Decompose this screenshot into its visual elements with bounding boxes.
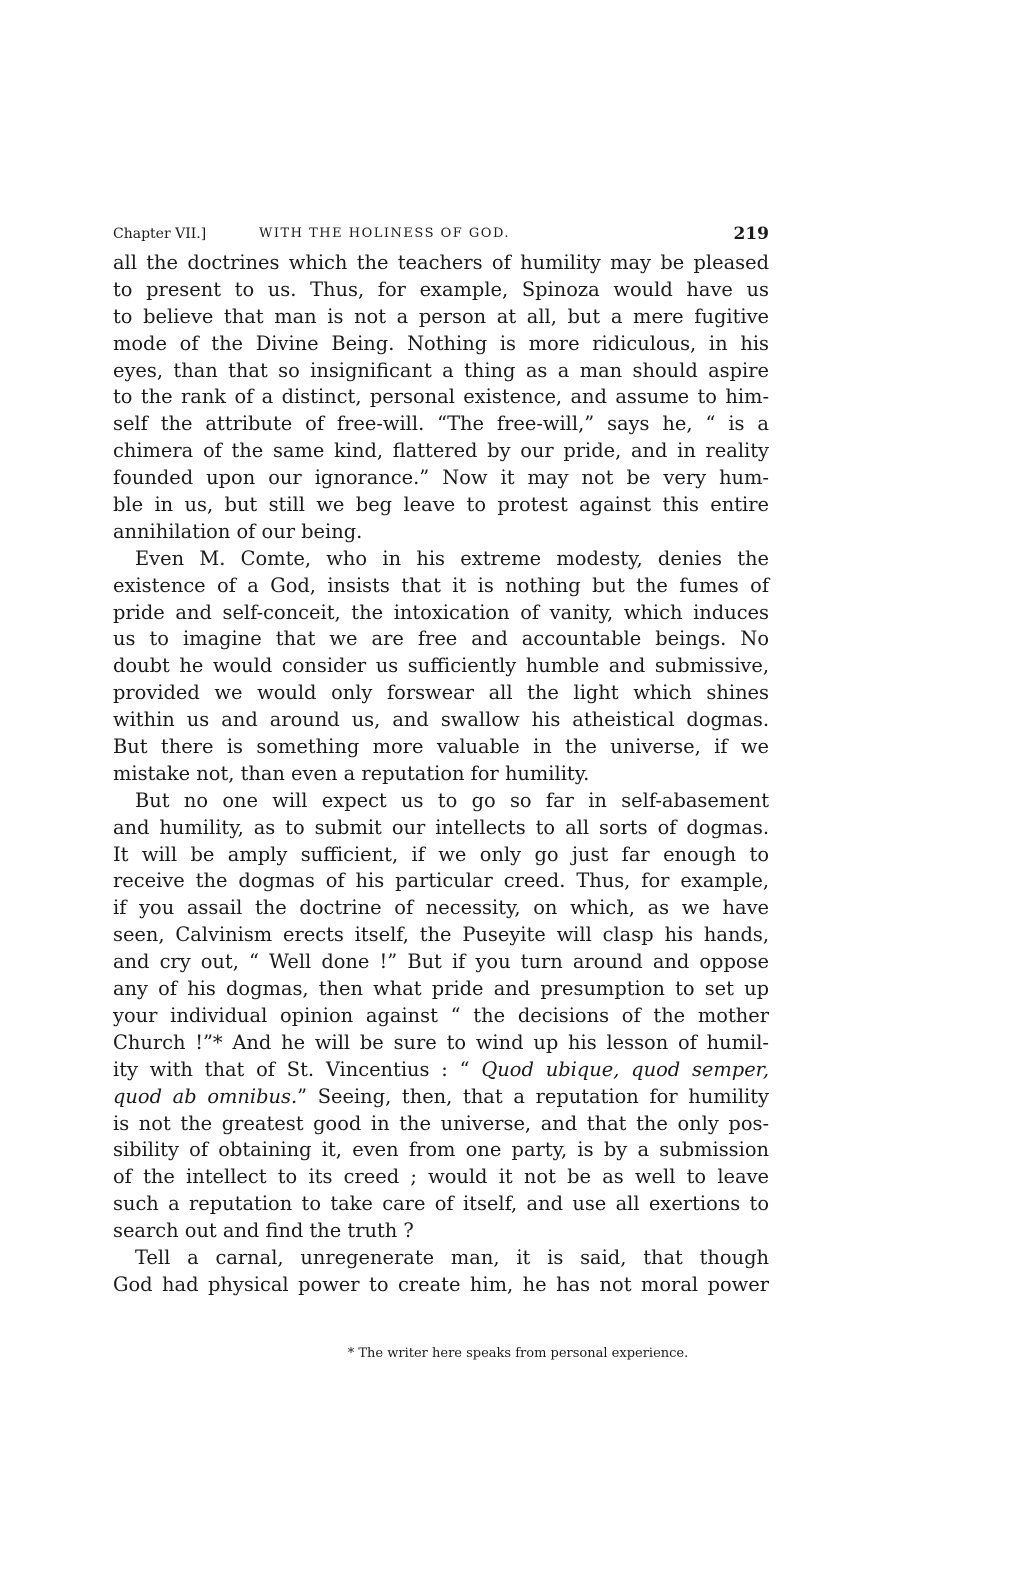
text-line: mistake not, than even a reputation for … (113, 761, 769, 788)
text-line: to present to us. Thus, for example, Spi… (113, 277, 769, 304)
text-line: if you assail the doctrine of necessity,… (113, 895, 769, 922)
text-line-latin: quod ab omnibus.” Seeing, then, that a r… (113, 1084, 769, 1111)
text-line: and humility, as to submit our intellect… (113, 815, 769, 842)
text-line: search out and find the truth ? (113, 1218, 769, 1245)
text-line: But there is something more valuable in … (113, 734, 769, 761)
text-line: Church !”* And he will be sure to wind u… (113, 1030, 769, 1057)
text-line: to believe that man is not a person at a… (113, 304, 769, 331)
page-number: 219 (734, 224, 770, 244)
text-line: doubt he would consider us sufficiently … (113, 653, 769, 680)
text-line: Even M. Comte, who in his extreme modest… (113, 546, 769, 573)
text-line: is not the greatest good in the universe… (113, 1111, 769, 1138)
text-line: your individual opinion against “ the de… (113, 1003, 769, 1030)
text-line-latin: ity with that of St. Vincentius : “ Quod… (113, 1057, 769, 1084)
text-line: pride and self-conceit, the intoxication… (113, 600, 769, 627)
text-line: God had physical power to create him, he… (113, 1272, 769, 1299)
text-line: any of his dogmas, then what pride and p… (113, 976, 769, 1003)
text-line: within us and around us, and swallow his… (113, 707, 769, 734)
text-line: founded upon our ignorance.” Now it may … (113, 465, 769, 492)
text-line: us to imagine that we are free and accou… (113, 626, 769, 653)
text-line: Tell a carnal, unregenerate man, it is s… (113, 1245, 769, 1272)
running-title: WITH THE HOLINESS OF GOD. (259, 226, 510, 241)
text-line: seen, Calvinism erects itself, the Pusey… (113, 922, 769, 949)
text-line: to the rank of a distinct, personal exis… (113, 384, 769, 411)
chapter-label: Chapter VII.] (113, 226, 206, 242)
text-line: self the attribute of free-will. “The fr… (113, 411, 769, 438)
text-line: mode of the Divine Being. Nothing is mor… (113, 331, 769, 358)
text-line: receive the dogmas of his particular cre… (113, 868, 769, 895)
text-line: annihilation of our being. (113, 519, 769, 546)
text-line: ble in us, but still we beg leave to pro… (113, 492, 769, 519)
running-header: Chapter VII.] WITH THE HOLINESS OF GOD. … (113, 226, 769, 250)
text-line: of the intellect to its creed ; would it… (113, 1164, 769, 1191)
text-line: sibility of obtaining it, even from one … (113, 1137, 769, 1164)
latin-quote: quod ab omnibus. (113, 1085, 297, 1108)
latin-quote: Quod ubique, quod semper, (481, 1058, 769, 1081)
text-line: provided we would only forswear all the … (113, 680, 769, 707)
text-line: and cry out, “ Well done !” But if you t… (113, 949, 769, 976)
text-line: But no one will expect us to go so far i… (113, 788, 769, 815)
text-line: It will be amply sufficient, if we only … (113, 842, 769, 869)
text-line: chimera of the same kind, flattered by o… (113, 438, 769, 465)
footnote: * The writer here speaks from personal e… (0, 1346, 1011, 1361)
text-line: all the doctrines which the teachers of … (113, 250, 769, 277)
text-line: such a reputation to take care of itself… (113, 1191, 769, 1218)
text-line: existence of a God, insists that it is n… (113, 573, 769, 600)
body-text: all the doctrines which the teachers of … (113, 250, 769, 1299)
text-line: eyes, than that so insignificant a thing… (113, 358, 769, 385)
